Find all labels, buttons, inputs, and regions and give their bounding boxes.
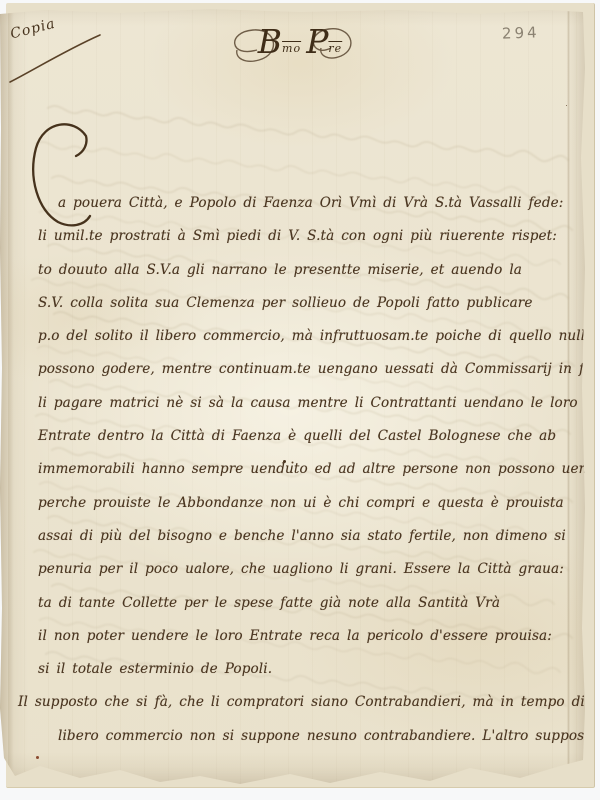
letter-line: li pagare matrici nè si sà la causa ment… <box>38 387 573 420</box>
letter-line: il non poter uendere le loro Entrate rec… <box>38 620 573 653</box>
letter-body: a pouera Città, e Popolo di Faenza Orì V… <box>38 187 573 753</box>
letter-line: li umil.te prostrati à Smì piedi di V. S… <box>38 220 573 253</box>
salutation-initial-p: P <box>306 22 328 61</box>
letter-line: p.o del solito il libero commercio, mà i… <box>38 320 573 353</box>
letter-line: penuria per il poco ualore, che uagliono… <box>38 553 573 586</box>
letter-line: si il totale esterminio de Popoli. <box>38 653 573 686</box>
salutation-initial-b: B <box>258 22 282 61</box>
letter-line: to douuto alla S.V.a gli narrano le pres… <box>38 254 573 287</box>
salutation-superscript-mo: mo <box>282 42 301 55</box>
letter-line: assai di più del bisogno e benche l'anno… <box>38 520 573 553</box>
ink-specks <box>283 460 286 463</box>
letter-line: immemorabili hanno sempre uenduto ed ad … <box>38 453 573 486</box>
salutation-superscript-re: re <box>328 42 342 55</box>
letter-line: ta di tante Collette per le spese fatte … <box>38 587 573 620</box>
letter-line: perche prouiste le Abbondanze non ui è c… <box>38 487 573 520</box>
manuscript-page: Copia 294 Bmo Pre a pouera Città, e Popo… <box>0 8 586 786</box>
salutation: Bmo Pre <box>0 22 586 61</box>
letter-line: Entrate dentro la Città di Faenza è quel… <box>38 420 573 453</box>
letter-line: a pouera Città, e Popolo di Faenza Orì V… <box>58 187 573 220</box>
letter-line: Il supposto che si fà, che li compratori… <box>18 686 573 719</box>
letter-line: possono godere, mentre continuam.te ueng… <box>38 353 573 386</box>
letter-line: S.V. colla solita sua Clemenza per solli… <box>38 287 573 320</box>
letter-line: libero commercio non si suppone nesuno c… <box>58 720 573 753</box>
